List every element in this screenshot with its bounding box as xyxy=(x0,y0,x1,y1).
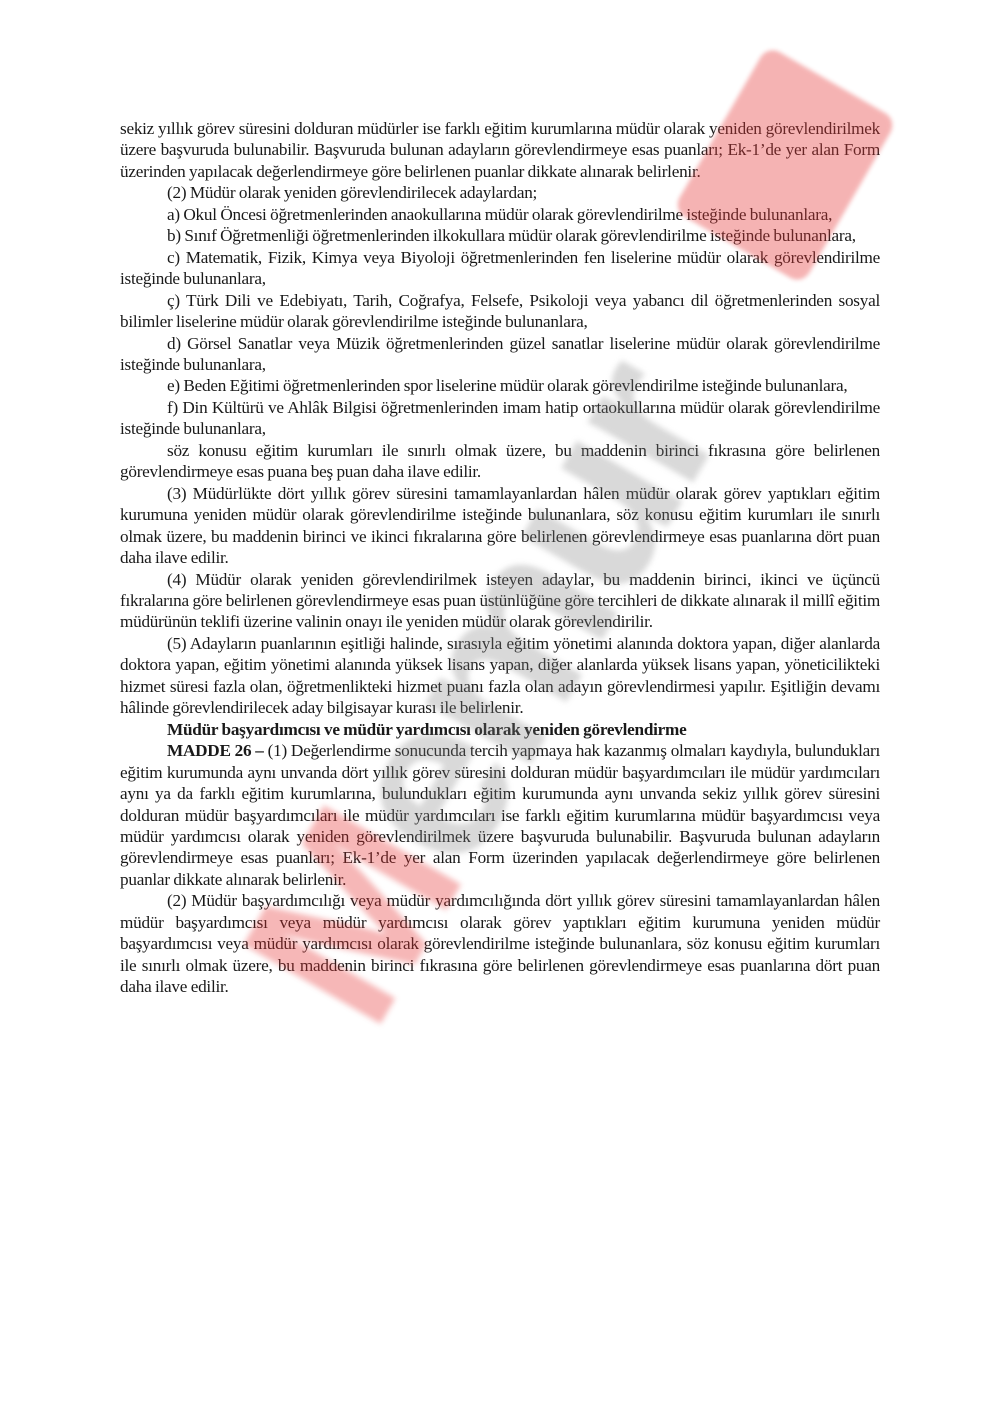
article-26-paragraph-2: (2) Müdür başyardımcılığı veya müdür yar… xyxy=(120,890,880,997)
paragraph-item-a: a) Okul Öncesi öğretmenlerinden anaokull… xyxy=(120,204,880,225)
paragraph-item-b: b) Sınıf Öğretmenliği öğretmenlerinden i… xyxy=(120,225,880,246)
paragraph-conclusion: söz konusu eğitim kurumları ile sınırlı … xyxy=(120,440,880,483)
paragraph-item-c: c) Matematik, Fizik, Kimya veya Biyoloji… xyxy=(120,247,880,290)
paragraph-continuation: sekiz yıllık görev süresini dolduran müd… xyxy=(120,118,880,182)
paragraph-item-c-cedilla: ç) Türk Dili ve Edebiyatı, Tarih, Coğraf… xyxy=(120,290,880,333)
paragraph-3: (3) Müdürlükte dört yıllık görev süresin… xyxy=(120,483,880,569)
paragraph-4: (4) Müdür olarak yeniden görevlendirilme… xyxy=(120,569,880,633)
paragraph-item-e: e) Beden Eğitimi öğretmenlerinden spor l… xyxy=(120,375,880,396)
article-26-paragraph-1-text: (1) Değerlendirme sonucunda tercih yapma… xyxy=(120,741,880,889)
paragraph-item-2: (2) Müdür olarak yeniden görevlendirilec… xyxy=(120,182,880,203)
document-page: sekiz yıllık görev süresini dolduran müd… xyxy=(120,118,880,998)
paragraph-item-d: d) Görsel Sanatlar veya Müzik öğretmenle… xyxy=(120,333,880,376)
article-26-paragraph-1: MADDE 26 – (1) Değerlendirme sonucunda t… xyxy=(120,740,880,890)
paragraph-item-f: f) Din Kültürü ve Ahlâk Bilgisi öğretmen… xyxy=(120,397,880,440)
article-label: MADDE 26 – xyxy=(167,741,264,760)
section-heading: Müdür başyardımcısı ve müdür yardımcısı … xyxy=(120,719,880,740)
paragraph-5: (5) Adayların puanlarının eşitliği halin… xyxy=(120,633,880,719)
